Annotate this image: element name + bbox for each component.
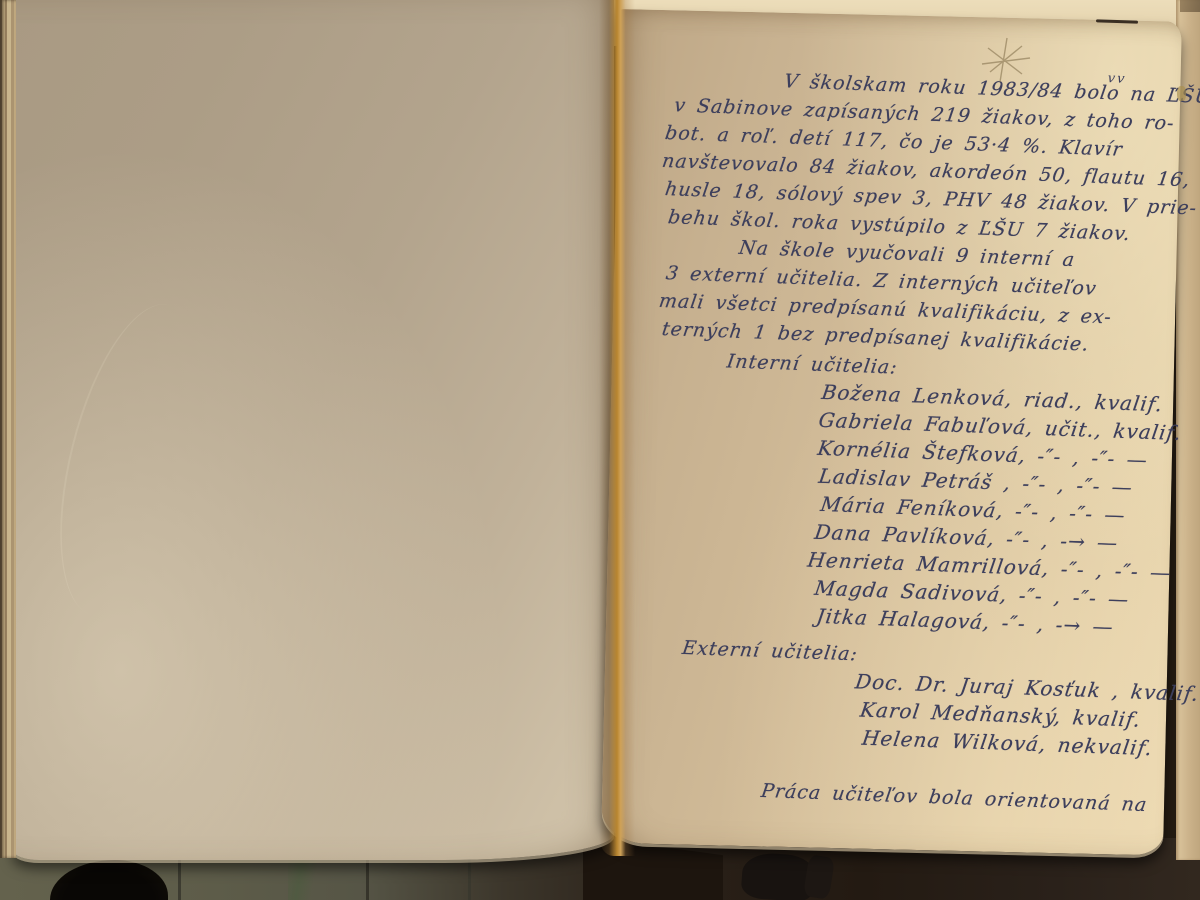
open-book-photo: V školskam roku 1983/84 bolo na ĽŠU vv v…: [0, 0, 1200, 900]
pencil-star-mark: [978, 36, 1032, 84]
page-edge-mark: [1177, 86, 1186, 101]
section-heading-externi: Externí učitelia:: [681, 636, 860, 666]
dark-object-shadow: [740, 852, 815, 900]
section-heading-interni: Interní učitelia:: [725, 349, 899, 379]
handwritten-text-block: V školskam roku 1983/84 bolo na ĽŠU vv v…: [611, 58, 1200, 859]
cover-corner: [1180, 0, 1200, 12]
teacher-name-line: Helena Wilková, nekvalif.: [861, 726, 1155, 761]
handwritten-line: Práca učiteľov bola orientovaná na: [760, 779, 1149, 817]
caron-correction-mark: vv: [1106, 67, 1128, 92]
fore-edge-pages: [0, 0, 16, 858]
